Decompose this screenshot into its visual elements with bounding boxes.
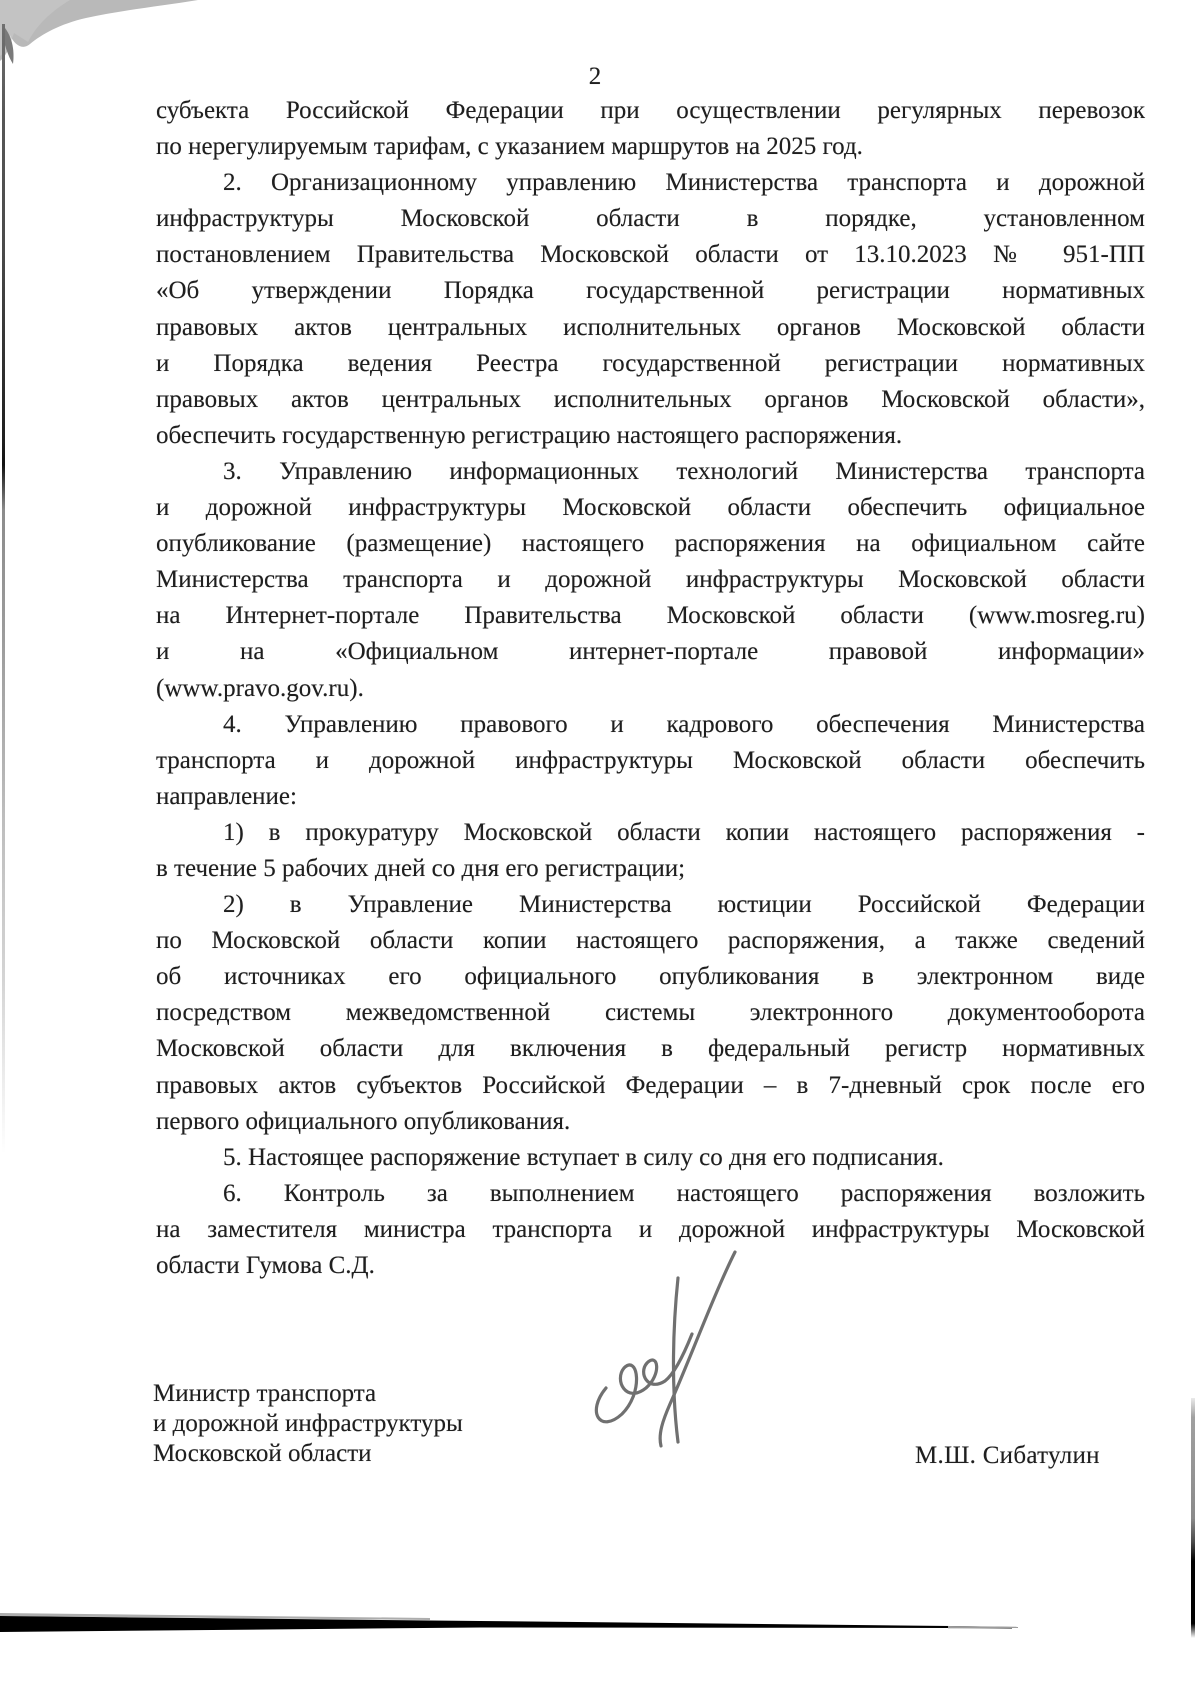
text-line: транспорта и дорожной инфраструктуры Мос… [156,743,1145,779]
scan-edge-line-right [1191,1398,1195,1638]
text-line: правовых актов центральных исполнительны… [156,382,1145,418]
scan-edge-line-left [2,24,5,1154]
text-line: и на «Официальном интернет-портале право… [156,634,1145,670]
text-line: и Порядка ведения Реестра государственно… [156,346,1145,382]
text-line: первого официального опубликования. [156,1104,1145,1140]
text-line: 3. Управлению информационных технологий … [156,454,1145,490]
text-line: Министерства транспорта и дорожной инфра… [156,562,1145,598]
scan-streak-artifact [0,1606,1060,1646]
text-line: 2. Организационному управлению Министерс… [156,165,1145,201]
text-line: и дорожной инфраструктуры Московской обл… [156,490,1145,526]
text-line: направление: [156,779,1145,815]
signatory-position-line: Московской области [153,1439,463,1469]
text-line: правовых актов субъектов Российской Феде… [156,1068,1145,1104]
text-line: (www.pravo.gov.ru). [156,671,1145,707]
scanned-document-page: 2 субъекта Российской Федерации при осущ… [0,0,1200,1696]
document-body: субъекта Российской Федерации при осущес… [156,93,1145,1284]
signatory-name: М.Ш. Сибатулин [915,1441,1100,1471]
text-line: субъекта Российской Федерации при осущес… [156,93,1145,129]
text-line: обеспечить государственную регистрацию н… [156,418,1145,454]
text-line: правовых актов центральных исполнительны… [156,310,1145,346]
text-line: 2) в Управление Министерства юстиции Рос… [156,887,1145,923]
text-line: об источниках его официального опубликов… [156,959,1145,995]
text-line: «Об утверждении Порядка государственной … [156,273,1145,309]
signatory-position-line: Министр транспорта [153,1379,463,1409]
text-line: постановлением Правительства Московской … [156,237,1145,273]
text-line: инфраструктуры Московской области в поря… [156,201,1145,237]
handwritten-signature-icon [572,1236,750,1448]
text-line: 5. Настоящее распоряжение вступает в сил… [156,1140,1145,1176]
text-line: 6. Контроль за выполнением настоящего ра… [156,1176,1145,1212]
text-line: Московской области для включения в федер… [156,1031,1145,1067]
text-line: посредством межведомственной системы эле… [156,995,1145,1031]
text-line: по Московской области копии настоящего р… [156,923,1145,959]
text-line: по нерегулируемым тарифам, с указанием м… [156,129,1145,165]
text-line: опубликование (размещение) настоящего ра… [156,526,1145,562]
text-line: 4. Управлению правового и кадрового обес… [156,707,1145,743]
signatory-position-line: и дорожной инфраструктуры [153,1409,463,1439]
page-number: 2 [0,62,1190,92]
signatory-position: Министр транспортаи дорожной инфраструкт… [153,1379,463,1468]
text-line: на Интернет-портале Правительства Москов… [156,598,1145,634]
text-line: в течение 5 рабочих дней со дня его реги… [156,851,1145,887]
text-line: 1) в прокуратуру Московской области копи… [156,815,1145,851]
